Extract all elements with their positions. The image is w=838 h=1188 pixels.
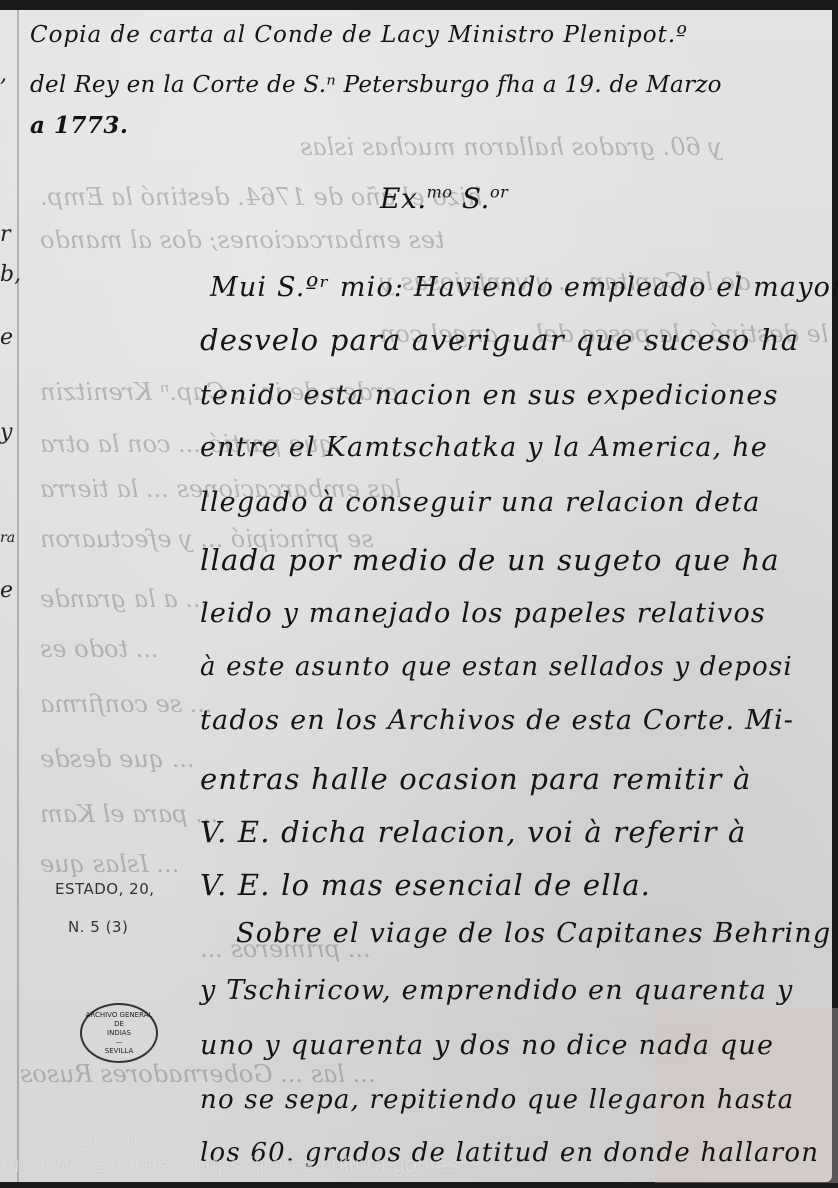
body-line: entre el Kamtschatka y la America, he	[200, 432, 768, 463]
body-line: leido y manejado los papeles relativos	[200, 598, 766, 629]
archive-reference: ESTADO, 20,	[55, 880, 155, 898]
watermark-reference: ESTADO,20,N.5	[24, 1128, 177, 1152]
body-line: llada por medio de un sugeto que ha	[200, 543, 780, 577]
body-line: tenido esta nacion en sus expediciones	[200, 380, 779, 411]
body-line: uno y quarenta y dos no dice nada que	[200, 1030, 774, 1061]
salutation-mid: S.	[452, 182, 489, 215]
body-line: Mui S.ºʳ mio: Haviendo empleado el mayor	[210, 272, 838, 303]
heading-line: del Rey en la Corte de S.ⁿ Petersburgo f…	[30, 72, 722, 98]
body-line: tados en los Archivos de esta Corte. Mi-	[200, 705, 794, 736]
body-line: y Tschiricow, emprendido en quarenta y	[200, 975, 793, 1006]
margin-fragment: r	[0, 222, 11, 247]
heading-line: Copia de carta al Conde de Lacy Ministro…	[30, 22, 688, 48]
heading-line: a 1773.	[30, 112, 128, 139]
body-line: à este asunto que estan sellados y depos…	[200, 652, 793, 682]
salutation-sup: mo	[427, 183, 453, 202]
salutation-sup: or	[490, 183, 508, 202]
bleed-through-text: ... todo es	[40, 635, 159, 663]
stamp-text: INDIAS	[107, 1029, 131, 1038]
bleed-through-text: ... Islas que	[40, 850, 179, 878]
margin-fragment: e	[0, 578, 13, 603]
stamp-text: DE	[114, 1020, 124, 1029]
stamp-text: SEVILLA	[105, 1047, 133, 1056]
bleed-through-text: ... para el Kam	[40, 800, 218, 828]
stamp-text: ARCHIVO GENERAL	[86, 1011, 153, 1020]
margin-fragment: b,	[0, 262, 21, 287]
bleed-through-text: y 60. grados hallaron muchas islas	[300, 133, 722, 161]
body-line: entras halle ocasion para remitir à	[200, 762, 751, 796]
page-fold-line	[17, 10, 19, 1182]
body-line: Sobre el viage de los Capitanes Behring	[236, 918, 831, 949]
body-line: V. E. dicha relacion, voi à referir à	[200, 815, 747, 849]
stamp-text: —	[116, 1038, 123, 1047]
margin-fragment: e	[0, 325, 13, 350]
margin-fragment: ,	[0, 62, 7, 87]
bleed-through-text: ... las ... Gobernadores Rusos	[20, 1060, 375, 1088]
body-line: no se sepa, repitiendo que llegaron hast…	[200, 1085, 794, 1115]
body-line: llegado à conseguir una relacion deta	[200, 487, 761, 518]
body-line: desvelo para averiguar que suceso ha	[200, 323, 799, 357]
bleed-through-text: ... a la grande	[40, 585, 208, 613]
margin-fragment: y	[0, 420, 12, 445]
body-line: V. E. lo mas esencial de ella.	[200, 868, 651, 902]
bleed-through-text: ... se confirma	[40, 690, 213, 718]
bleed-through-text: ... que desde	[40, 745, 195, 773]
archive-stamp: ARCHIVO GENERAL DE INDIAS — SEVILLA	[80, 1003, 158, 1063]
salutation: Ex.mo S.or	[380, 182, 508, 215]
bleed-through-text: tes embarcaciones; dos al mando	[40, 226, 445, 254]
archive-reference: N. 5 (3)	[68, 918, 128, 936]
salutation-prefix: Ex.	[380, 182, 427, 215]
margin-fragment: ra	[0, 530, 15, 546]
watermark-source: Archivos Estatales, https://pares.cultur…	[0, 1152, 459, 1178]
